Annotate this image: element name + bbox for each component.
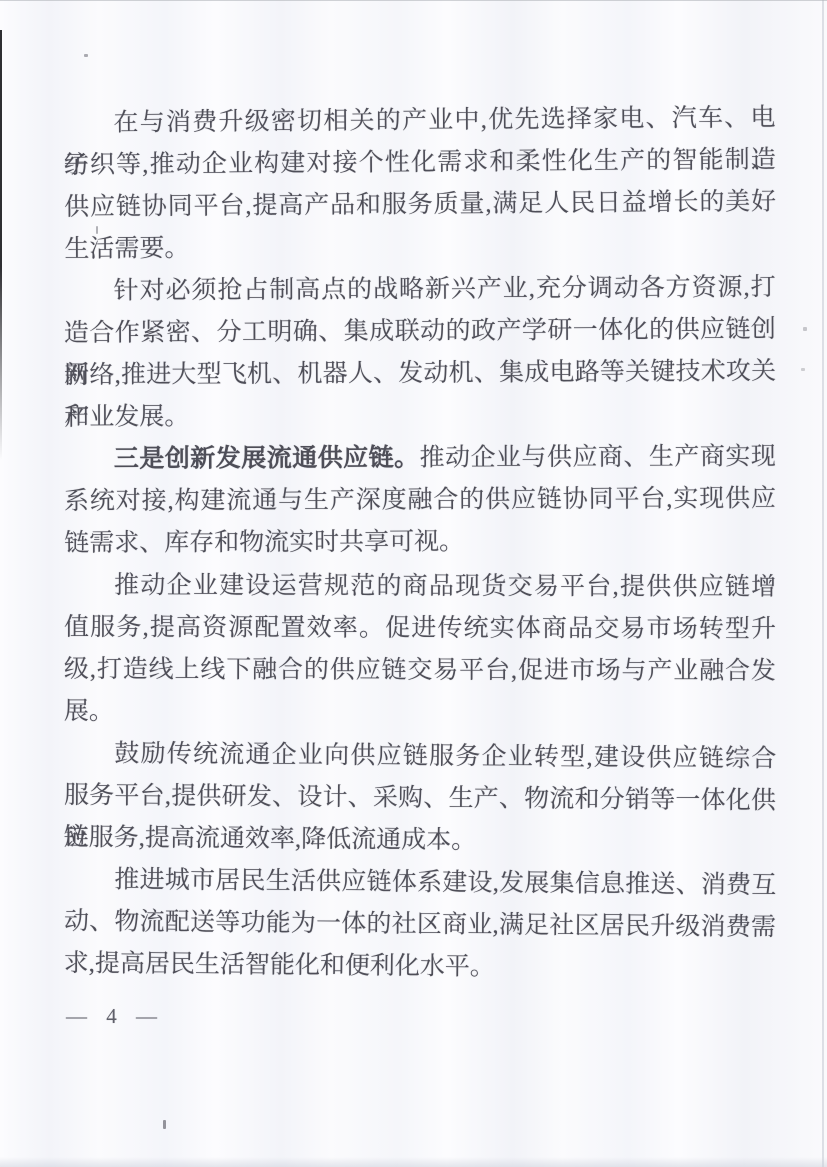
paragraph-4: 推动企业建设运营规范的商品现货交易平台,提供供应链增 值服务,提高资源配置效率。… bbox=[64, 565, 776, 735]
scan-speck bbox=[84, 54, 88, 57]
text-line: 三是创新发展流通供应链。推动企业与供应商、生产商实现 bbox=[64, 436, 776, 481]
document-page: 在与消费升级密切相关的产业中,优先选择家电、汽车、电子、 纺织等,推动企业构建对… bbox=[0, 0, 827, 1167]
page-number: — 4 — bbox=[66, 1004, 164, 1029]
text-line: 展。 bbox=[64, 691, 776, 735]
text-line: 产业发展。 bbox=[64, 393, 776, 439]
paragraph-5: 鼓励传统流通企业向供应链服务企业转型,建设供应链综合 服务平台,提供研发、设计、… bbox=[64, 733, 777, 865]
text-line: 级,打造线上线下融合的供应链交易平台,促进市场与产业融合发 bbox=[64, 649, 776, 693]
text-line: 供应链协同平台,提高产品和服务质量,满足人民日益增长的美好 bbox=[64, 181, 776, 229]
scan-edge-artifact-right bbox=[822, 0, 824, 1167]
text-line: 值服务,提高资源配置效率。促进传统实体商品交易市场转型升 bbox=[64, 607, 776, 651]
text-line: 求,提高居民生活智能化和便利化水平。 bbox=[63, 943, 775, 991]
paragraph-3: 三是创新发展流通供应链。推动企业与供应商、生产商实现 系统对接,构建流通与生产深… bbox=[64, 436, 776, 565]
paragraph-6: 推进城市居民生活供应链体系建设,发展集信息推送、消费互 动、物流配送等功能为一体… bbox=[63, 859, 776, 991]
text-line: 链需求、库存和物流实时共享可视。 bbox=[64, 520, 776, 565]
text-line-tail: 推动企业与供应商、生产商实现 bbox=[420, 443, 776, 471]
text-line: 鼓励传统流通企业向供应链服务企业转型,建设供应链综合 bbox=[64, 733, 776, 781]
paragraph-1: 在与消费升级密切相关的产业中,优先选择家电、汽车、电子、 纺织等,推动企业构建对… bbox=[63, 97, 776, 271]
scan-edge-artifact-top bbox=[0, 0, 827, 1]
scan-edge-artifact-left bbox=[0, 30, 2, 460]
text-line: 在与消费升级密切相关的产业中,优先选择家电、汽车、电子、 bbox=[63, 97, 775, 145]
scan-speck bbox=[803, 327, 807, 331]
bold-lead-text: 三是创新发展流通供应链。 bbox=[114, 445, 420, 473]
text-line: 链服务,提高流通效率,降低流通成本。 bbox=[64, 817, 776, 865]
text-line: 生活需要。 bbox=[64, 223, 776, 271]
text-line: 系统对接,构建流通与生产深度融合的供应链协同平台,实现供应 bbox=[64, 478, 776, 523]
text-line: 推动企业建设运营规范的商品现货交易平台,提供供应链增 bbox=[64, 565, 776, 609]
text-line: 造合作紧密、分工明确、集成联动的政产学研一体化的供应链创新 bbox=[64, 309, 776, 355]
text-line: 网络,推进大型飞机、机器人、发动机、集成电路等关键技术攻关和 bbox=[64, 351, 776, 397]
scan-speck bbox=[96, 226, 98, 234]
scan-speck bbox=[801, 368, 805, 371]
text-line: 纺织等,推动企业构建对接个性化需求和柔性化生产的智能制造 bbox=[64, 139, 776, 187]
text-line: 服务平台,提供研发、设计、采购、生产、物流和分销等一体化供应 bbox=[64, 775, 776, 823]
paragraph-2: 针对必须抢占制高点的战略新兴产业,充分调动各方资源,打 造合作紧密、分工明确、集… bbox=[64, 267, 777, 439]
scan-bottom-shade bbox=[0, 1157, 827, 1167]
text-line: 针对必须抢占制高点的战略新兴产业,充分调动各方资源,打 bbox=[64, 267, 776, 313]
document-text-block: 在与消费升级密切相关的产业中,优先选择家电、汽车、电子、 纺织等,推动企业构建对… bbox=[64, 103, 776, 985]
text-line: 推进城市居民生活供应链体系建设,发展集信息推送、消费互 bbox=[64, 859, 776, 907]
text-line: 动、物流配送等功能为一体的社区商业,满足社区居民升级消费需 bbox=[64, 901, 776, 949]
scan-speck bbox=[163, 1120, 166, 1129]
